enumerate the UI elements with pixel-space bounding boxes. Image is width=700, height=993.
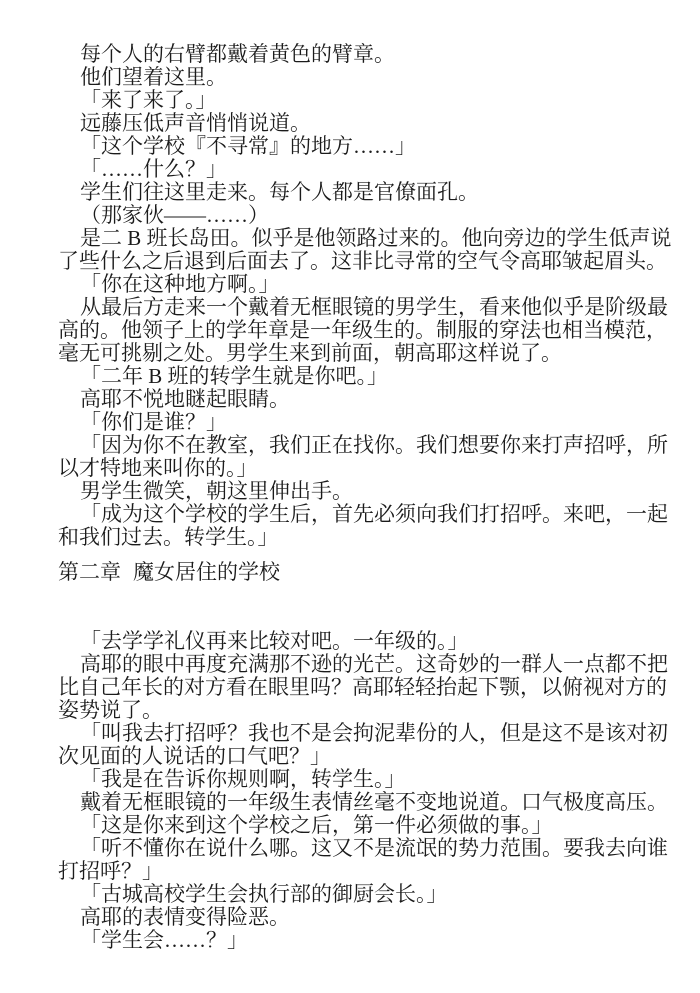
text-line: 「你们是谁？」 bbox=[58, 411, 662, 434]
text-line: 「学生会……？」 bbox=[58, 929, 662, 952]
text-line: （那家伙——……） bbox=[58, 204, 662, 227]
text-line: 「二年 B 班的转学生就是你吧。」 bbox=[58, 365, 662, 388]
text-line: 高耶不悦地瞇起眼睛。 bbox=[58, 388, 662, 411]
chapter-heading: 第二章魔女居住的学校 bbox=[58, 561, 662, 584]
text-line: 远藤压低声音悄悄说道。 bbox=[58, 112, 662, 135]
text-line: 学生们往这里走来。每个人都是官僚面孔。 bbox=[58, 181, 662, 204]
chapter-number: 第二章 bbox=[58, 560, 121, 584]
text-line: 姿势说了。 bbox=[58, 699, 662, 722]
text-line: 比自己年长的对方看在眼里吗？高耶轻轻抬起下颚，以俯视对方的 bbox=[58, 676, 662, 699]
text-line: 他们望着这里。 bbox=[58, 66, 662, 89]
text-line: 「这个学校『不寻常』的地方……」 bbox=[58, 135, 662, 158]
text-line: 是二 B 班长岛田。似乎是他领路过来的。他向旁边的学生低声说 bbox=[58, 227, 662, 250]
text-line: 每个人的右臂都戴着黄色的臂章。 bbox=[58, 43, 662, 66]
text-line: 男学生微笑，朝这里伸出手。 bbox=[58, 480, 662, 503]
text-line: 「……什么？」 bbox=[58, 158, 662, 181]
text-line: 戴着无框眼镜的一年级生表情丝毫不变地说道。口气极度高压。 bbox=[58, 791, 662, 814]
text-line: 高耶的眼中再度充满那不逊的光芒。这奇妙的一群人一点都不把 bbox=[58, 653, 662, 676]
text-line: 「因为你不在教室，我们正在找你。我们想要你来打声招呼，所 bbox=[58, 434, 662, 457]
text-line: 「去学学礼仪再来比较对吧。一年级的。」 bbox=[58, 630, 662, 653]
text-line: 「我是在告诉你规则啊，转学生。」 bbox=[58, 768, 662, 791]
document-page: 每个人的右臂都戴着黄色的臂章。他们望着这里。「来了来了。」远藤压低声音悄悄说道。… bbox=[0, 0, 700, 993]
paragraph-block-2: 「去学学礼仪再来比较对吧。一年级的。」高耶的眼中再度充满那不逊的光芒。这奇妙的一… bbox=[58, 630, 662, 952]
text-line: 毫无可挑剔之处。男学生来到前面，朝高耶这样说了。 bbox=[58, 342, 662, 365]
text-line: 「你在这种地方啊。」 bbox=[58, 273, 662, 296]
paragraph-block-1: 每个人的右臂都戴着黄色的臂章。他们望着这里。「来了来了。」远藤压低声音悄悄说道。… bbox=[58, 43, 662, 549]
text-line: 次见面的人说话的口气吧？」 bbox=[58, 745, 662, 768]
text-line: 「叫我去打招呼？我也不是会拘泥辈份的人，但是这不是该对初 bbox=[58, 722, 662, 745]
text-line: 了些什么之后退到后面去了。这非比寻常的空气令高耶皱起眉头。 bbox=[58, 250, 662, 273]
text-line: 「来了来了。」 bbox=[58, 89, 662, 112]
text-line: 「听不懂你在说什么哪。这又不是流氓的势力范围。要我去向谁 bbox=[58, 837, 662, 860]
text-line: 打招呼？」 bbox=[58, 860, 662, 883]
text-line: 以才特地来叫你的。」 bbox=[58, 457, 662, 480]
text-line: 「成为这个学校的学生后，首先必须向我们打招呼。来吧，一起 bbox=[58, 503, 662, 526]
text-line: 从最后方走来一个戴着无框眼镜的男学生，看来他似乎是阶级最 bbox=[58, 296, 662, 319]
text-line: 和我们过去。转学生。」 bbox=[58, 526, 662, 549]
text-line: 「古城高校学生会执行部的御厨会长。」 bbox=[58, 883, 662, 906]
text-line: 「这是你来到这个学校之后，第一件必须做的事。」 bbox=[58, 814, 662, 837]
text-line: 高的。他领子上的学年章是一年级生的。制服的穿法也相当模范， bbox=[58, 319, 662, 342]
text-line: 高耶的表情变得险恶。 bbox=[58, 906, 662, 929]
chapter-title: 魔女居住的学校 bbox=[133, 560, 280, 584]
